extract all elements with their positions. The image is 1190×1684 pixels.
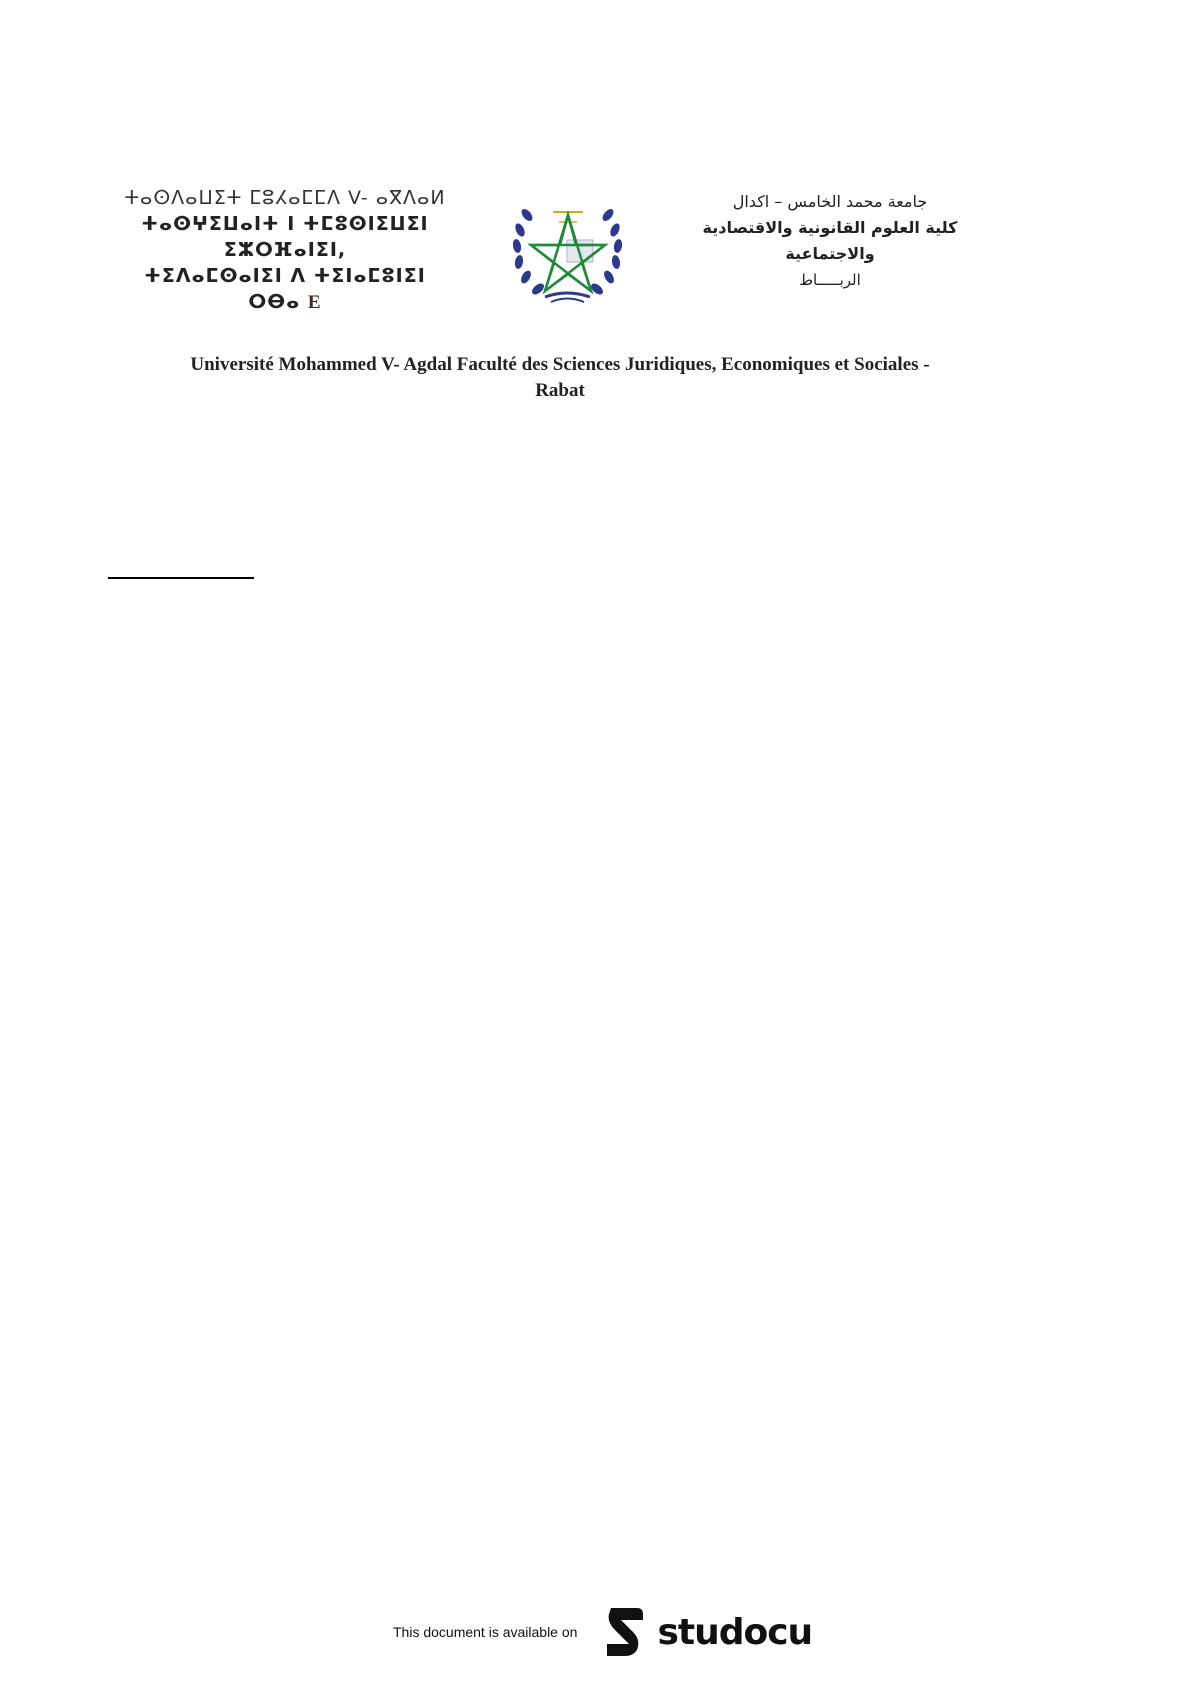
horizontal-rule bbox=[108, 577, 254, 579]
tifinagh-line-1: ⵜⴰⵙⴷⴰⵡⵉⵜ ⵎⵓⵃⴰⵎⵎⴷ V- ⴰⴳⴷⴰⵍ bbox=[120, 185, 450, 211]
tifinagh-suffix: E bbox=[308, 292, 322, 313]
tifinagh-line-2: ⵜⴰⵙⵖⵉⵡⴰⵏⵜ ⵏ ⵜⵎⵓⵙⵏⵉⵡⵉⵏ bbox=[120, 211, 450, 237]
footer-banner: This document is available on studocu bbox=[393, 1604, 812, 1660]
tifinagh-line-3: ⵉⵣⵔⴼⴰⵏⵉⵏ, bbox=[120, 237, 450, 263]
arabic-title: جامعة محمد الخامس – اكدال كلية العلوم ال… bbox=[660, 189, 1000, 293]
studocu-wordmark: studocu bbox=[657, 1612, 812, 1653]
document-header: ⵜⴰⵙⴷⴰⵡⵉⵜ ⵎⵓⵃⴰⵎⵎⴷ V- ⴰⴳⴷⴰⵍ ⵜⴰⵙⵖⵉⵡⴰⵏⵜ ⵏ ⵜⵎ… bbox=[120, 185, 1000, 315]
tifinagh-line-5: ⵔⴱⴰ E bbox=[120, 289, 450, 316]
university-name-line-2: Rabat bbox=[120, 378, 1000, 404]
availability-text: This document is available on bbox=[393, 1624, 577, 1640]
arabic-line-3: الربـــــاط bbox=[660, 267, 1000, 293]
arabic-line-1: جامعة محمد الخامس – اكدال bbox=[660, 189, 1000, 215]
tifinagh-title: ⵜⴰⵙⴷⴰⵡⵉⵜ ⵎⵓⵃⴰⵎⵎⴷ V- ⴰⴳⴷⴰⵍ ⵜⴰⵙⵖⵉⵡⴰⵏⵜ ⵏ ⵜⵎ… bbox=[120, 185, 450, 316]
studocu-link[interactable]: studocu bbox=[603, 1606, 812, 1658]
tifinagh-line-4: ⵜⵉⴷⴰⵎⵙⴰⵏⵉⵏ ⴷ ⵜⵉⵏⴰⵎⵓⵏⵉⵏ bbox=[120, 263, 450, 289]
tifinagh-line-5-text: ⵔⴱⴰ bbox=[248, 291, 300, 313]
university-emblem-icon bbox=[505, 185, 630, 310]
university-name: Université Mohammed V- Agdal Faculté des… bbox=[120, 352, 1000, 404]
studocu-logo-icon bbox=[603, 1606, 651, 1658]
arabic-line-2: كلية العلوم القانونية والاقتصادية والاجت… bbox=[660, 215, 1000, 267]
university-name-line-1: Université Mohammed V- Agdal Faculté des… bbox=[120, 352, 1000, 378]
